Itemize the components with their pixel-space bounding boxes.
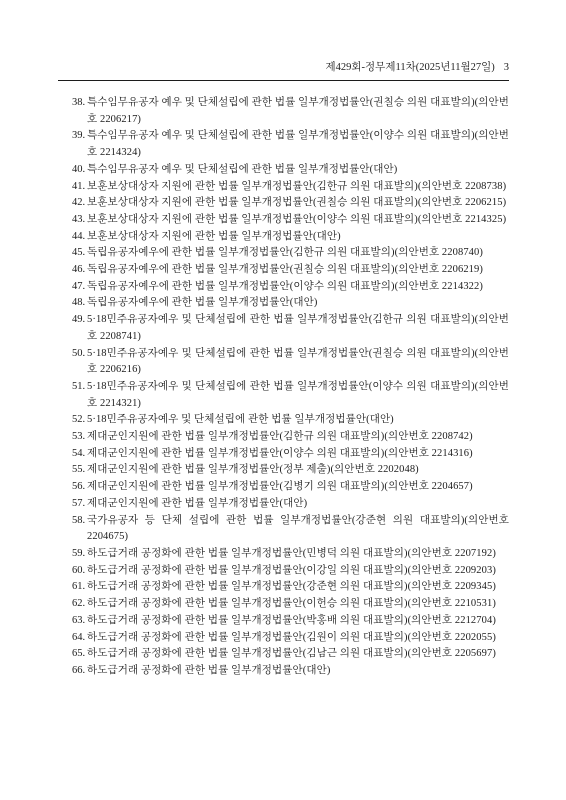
agenda-item: 47.독립유공자예우에 관한 법률 일부개정법률안(이양수 의원 대표발의)(의…: [72, 279, 509, 296]
item-number: 50.: [72, 346, 87, 363]
item-number: 63.: [72, 613, 87, 630]
item-number: 38.: [72, 95, 87, 112]
item-number: 54.: [72, 446, 87, 463]
item-number: 49.: [72, 312, 87, 329]
agenda-list: 38.특수임무유공자 예우 및 단체설립에 관한 법률 일부개정법률안(권칠승 …: [72, 95, 509, 680]
item-number: 52.: [72, 412, 87, 429]
agenda-item: 42.보훈보상대상자 지원에 관한 법률 일부개정법률안(권칠승 의원 대표발의…: [72, 195, 509, 212]
item-text: 제대군인지원에 관한 법률 일부개정법률안(이양수 의원 대표발의)(의안번호 …: [87, 448, 473, 459]
item-number: 58.: [72, 513, 87, 530]
item-text: 보훈보상대상자 지원에 관한 법률 일부개정법률안(김한규 의원 대표발의)(의…: [87, 181, 506, 192]
agenda-item: 41.보훈보상대상자 지원에 관한 법률 일부개정법률안(김한규 의원 대표발의…: [72, 179, 509, 196]
agenda-item: 39.특수임무유공자 예우 및 단체설립에 관한 법률 일부개정법률안(이양수 …: [72, 128, 509, 161]
item-text: 하도급거래 공정화에 관한 법률 일부개정법률안(이헌승 의원 대표발의)(의안…: [87, 598, 496, 609]
session-info: 제429회-정무제11차(2025년11월27일): [326, 62, 495, 73]
item-number: 47.: [72, 279, 87, 296]
item-number: 62.: [72, 596, 87, 613]
agenda-item: 64.하도급거래 공정화에 관한 법률 일부개정법률안(김원이 의원 대표발의)…: [72, 630, 509, 647]
agenda-item: 61.하도급거래 공정화에 관한 법률 일부개정법률안(강준현 의원 대표발의)…: [72, 579, 509, 596]
item-text: 제대군인지원에 관한 법률 일부개정법률안(김병기 의원 대표발의)(의안번호 …: [87, 481, 473, 492]
item-text: 보훈보상대상자 지원에 관한 법률 일부개정법률안(이양수 의원 대표발의)(의…: [87, 214, 506, 225]
item-number: 57.: [72, 496, 87, 513]
item-text: 하도급거래 공정화에 관한 법률 일부개정법률안(박홍배 의원 대표발의)(의안…: [87, 615, 496, 626]
item-number: 55.: [72, 462, 87, 479]
agenda-item: 65.하도급거래 공정화에 관한 법률 일부개정법률안(김남근 의원 대표발의)…: [72, 646, 509, 663]
item-number: 56.: [72, 479, 87, 496]
agenda-item: 51.5·18민주유공자예우 및 단체설립에 관한 법률 일부개정법률안(이양수…: [72, 379, 509, 412]
page-number: 3: [504, 62, 509, 73]
page-header: 제429회-정무제11차(2025년11월27일)3: [58, 61, 509, 74]
agenda-item: 63.하도급거래 공정화에 관한 법률 일부개정법률안(박홍배 의원 대표발의)…: [72, 613, 509, 630]
item-number: 59.: [72, 546, 87, 563]
agenda-item: 44.보훈보상대상자 지원에 관한 법률 일부개정법률안(대안): [72, 229, 509, 246]
item-number: 66.: [72, 663, 87, 680]
item-text: 독립유공자예우에 관한 법률 일부개정법률안(대안): [87, 297, 317, 308]
agenda-item: 43.보훈보상대상자 지원에 관한 법률 일부개정법률안(이양수 의원 대표발의…: [72, 212, 509, 229]
agenda-item: 40.특수임무유공자 예우 및 단체설립에 관한 법률 일부개정법률안(대안): [72, 162, 509, 179]
item-text: 제대군인지원에 관한 법률 일부개정법률안(대안): [87, 498, 307, 509]
item-text: 제대군인지원에 관한 법률 일부개정법률안(김한규 의원 대표발의)(의안번호 …: [87, 431, 473, 442]
item-number: 48.: [72, 295, 87, 312]
item-number: 41.: [72, 179, 87, 196]
item-text: 5·18민주유공자예우 및 단체설립에 관한 법률 일부개정법률안(김한규 의원…: [87, 314, 509, 342]
item-text: 5·18민주유공자예우 및 단체설립에 관한 법률 일부개정법률안(권칠승 의원…: [87, 348, 509, 376]
item-number: 46.: [72, 262, 87, 279]
item-number: 40.: [72, 162, 87, 179]
agenda-item: 58.국가유공자 등 단체 설립에 관한 법률 일부개정법률안(강준현 의원 대…: [72, 513, 509, 546]
item-number: 61.: [72, 579, 87, 596]
item-text: 하도급거래 공정화에 관한 법률 일부개정법률안(김원이 의원 대표발의)(의안…: [87, 632, 496, 643]
agenda-item: 46.독립유공자예우에 관한 법률 일부개정법률안(권칠승 의원 대표발의)(의…: [72, 262, 509, 279]
item-text: 독립유공자예우에 관한 법률 일부개정법률안(이양수 의원 대표발의)(의안번호…: [87, 281, 483, 292]
item-text: 특수임무유공자 예우 및 단체설립에 관한 법률 일부개정법률안(권칠승 의원 …: [87, 97, 509, 125]
item-number: 53.: [72, 429, 87, 446]
agenda-item: 59.하도급거래 공정화에 관한 법률 일부개정법률안(민병덕 의원 대표발의)…: [72, 546, 509, 563]
item-number: 64.: [72, 630, 87, 647]
item-number: 44.: [72, 229, 87, 246]
agenda-item: 53.제대군인지원에 관한 법률 일부개정법률안(김한규 의원 대표발의)(의안…: [72, 429, 509, 446]
item-text: 하도급거래 공정화에 관한 법률 일부개정법률안(김남근 의원 대표발의)(의안…: [87, 648, 496, 659]
header-divider: [58, 80, 509, 81]
item-number: 60.: [72, 563, 87, 580]
agenda-item: 60.하도급거래 공정화에 관한 법률 일부개정법률안(이강일 의원 대표발의)…: [72, 563, 509, 580]
document-page: { "document": { "header": { "session_inf…: [0, 0, 566, 800]
agenda-item: 62.하도급거래 공정화에 관한 법률 일부개정법률안(이헌승 의원 대표발의)…: [72, 596, 509, 613]
item-text: 독립유공자예우에 관한 법률 일부개정법률안(김한규 의원 대표발의)(의안번호…: [87, 247, 483, 258]
agenda-item: 54.제대군인지원에 관한 법률 일부개정법률안(이양수 의원 대표발의)(의안…: [72, 446, 509, 463]
agenda-item: 57.제대군인지원에 관한 법률 일부개정법률안(대안): [72, 496, 509, 513]
item-text: 5·18민주유공자예우 및 단체설립에 관한 법률 일부개정법률안(이양수 의원…: [87, 381, 509, 409]
item-text: 국가유공자 등 단체 설립에 관한 법률 일부개정법률안(강준현 의원 대표발의…: [87, 515, 509, 543]
item-number: 43.: [72, 212, 87, 229]
agenda-item: 56.제대군인지원에 관한 법률 일부개정법률안(김병기 의원 대표발의)(의안…: [72, 479, 509, 496]
agenda-item: 38.특수임무유공자 예우 및 단체설립에 관한 법률 일부개정법률안(권칠승 …: [72, 95, 509, 128]
item-text: 특수임무유공자 예우 및 단체설립에 관한 법률 일부개정법률안(대안): [87, 164, 397, 175]
item-number: 45.: [72, 245, 87, 262]
item-text: 특수임무유공자 예우 및 단체설립에 관한 법률 일부개정법률안(이양수 의원 …: [87, 130, 509, 158]
item-text: 제대군인지원에 관한 법률 일부개정법률안(정부 제출)(의안번호 220204…: [87, 464, 419, 475]
agenda-item: 50.5·18민주유공자예우 및 단체설립에 관한 법률 일부개정법률안(권칠승…: [72, 346, 509, 379]
agenda-item: 45.독립유공자예우에 관한 법률 일부개정법률안(김한규 의원 대표발의)(의…: [72, 245, 509, 262]
item-number: 51.: [72, 379, 87, 396]
item-text: 독립유공자예우에 관한 법률 일부개정법률안(권칠승 의원 대표발의)(의안번호…: [87, 264, 483, 275]
item-number: 39.: [72, 128, 87, 145]
item-text: 하도급거래 공정화에 관한 법률 일부개정법률안(민병덕 의원 대표발의)(의안…: [87, 548, 496, 559]
item-text: 하도급거래 공정화에 관한 법률 일부개정법률안(대안): [87, 665, 330, 676]
item-text: 하도급거래 공정화에 관한 법률 일부개정법률안(이강일 의원 대표발의)(의안…: [87, 565, 496, 576]
agenda-item: 49.5·18민주유공자예우 및 단체설립에 관한 법률 일부개정법률안(김한규…: [72, 312, 509, 345]
agenda-item: 48.독립유공자예우에 관한 법률 일부개정법률안(대안): [72, 295, 509, 312]
item-text: 보훈보상대상자 지원에 관한 법률 일부개정법률안(대안): [87, 231, 341, 242]
agenda-item: 52.5·18민주유공자예우 및 단체설립에 관한 법률 일부개정법률안(대안): [72, 412, 509, 429]
item-number: 42.: [72, 195, 87, 212]
agenda-item: 55.제대군인지원에 관한 법률 일부개정법률안(정부 제출)(의안번호 220…: [72, 462, 509, 479]
item-text: 하도급거래 공정화에 관한 법률 일부개정법률안(강준현 의원 대표발의)(의안…: [87, 581, 496, 592]
item-text: 5·18민주유공자예우 및 단체설립에 관한 법률 일부개정법률안(대안): [87, 414, 394, 425]
item-number: 65.: [72, 646, 87, 663]
item-text: 보훈보상대상자 지원에 관한 법률 일부개정법률안(권칠승 의원 대표발의)(의…: [87, 197, 506, 208]
agenda-item: 66.하도급거래 공정화에 관한 법률 일부개정법률안(대안): [72, 663, 509, 680]
